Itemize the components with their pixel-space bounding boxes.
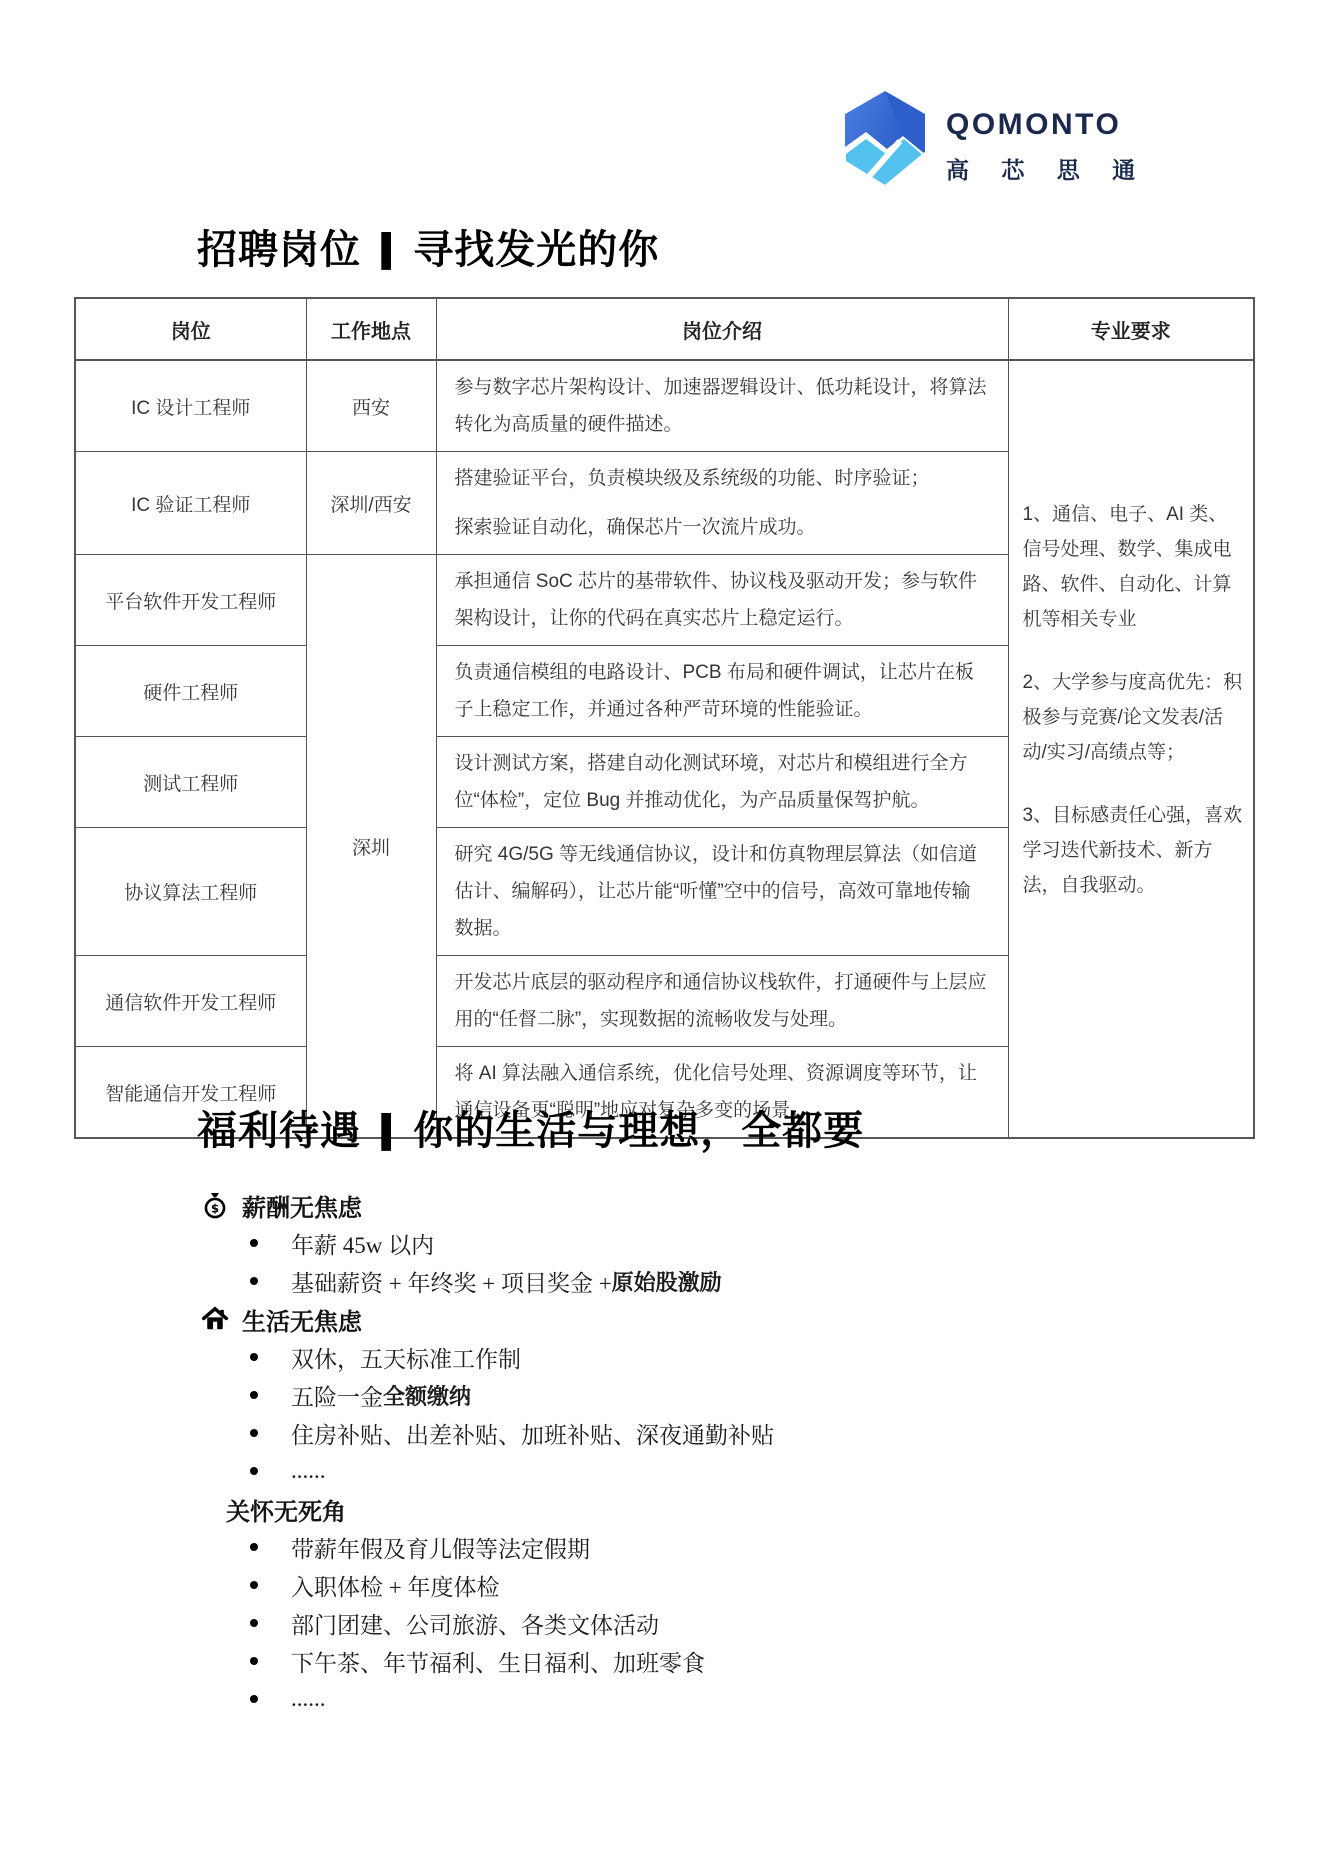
svg-text:$: $ (211, 1202, 219, 1216)
jobs-table: 岗位 工作地点 岗位介绍 专业要求 IC 设计工程师西安参与数字芯片架构设计、加… (74, 297, 1255, 1139)
job-description-cell: 参与数字芯片架构设计、加速器逻辑设计、低功耗设计，将算法转化为高质量的硬件描述。 (436, 360, 1008, 452)
benefits-section-title: 福利待遇|你的生活与理想，全都要 (197, 1099, 864, 1156)
jobs-title-right: 寻找发光的你 (413, 227, 659, 272)
benefit-text: 基础薪资 + 年终奖 + 项目奖金 + (291, 1265, 612, 1298)
job-position-cell: 硬件工程师 (75, 646, 306, 737)
job-location-cell: 西安 (306, 360, 436, 452)
money-bag-icon: $ (200, 1190, 230, 1220)
logo-brand-name-cn: 高 芯 思 通 (946, 152, 1148, 185)
job-position-cell: 平台软件开发工程师 (75, 555, 306, 646)
col-header-requirements: 专业要求 (1008, 298, 1254, 360)
bullet-dot (250, 1619, 258, 1627)
benefits-list: $薪酬无焦虑年薪 45w 以内基础薪资 + 年终奖 + 项目奖金 + 原始股激励… (0, 1186, 1323, 1718)
bullet-dot (250, 1581, 258, 1589)
job-description-line: 探索验证自动化，确保芯片一次流片成功。 (455, 509, 990, 546)
logo-text-block: QOMONTO 高 芯 思 通 (946, 90, 1148, 185)
job-description-line: 负责通信模组的电路设计、PCB 布局和硬件调试，让芯片在板子上稳定工作，并通过各… (455, 654, 990, 728)
benefit-group-heading: 关怀无死角 (226, 1490, 1323, 1528)
benefit-text: ...... (291, 1458, 326, 1484)
bullet-dot (250, 1277, 258, 1285)
job-description-line: 设计测试方案，搭建自动化测试环境，对芯片和模组进行全方位“体检”，定位 Bug … (455, 745, 990, 819)
benefit-list-item: 住房补贴、出差补贴、加班补贴、深夜通勤补贴 (250, 1414, 1323, 1452)
job-description-cell: 承担通信 SoC 芯片的基带软件、协议栈及驱动开发；参与软件架构设计，让你的代码… (436, 555, 1008, 646)
job-description-line: 承担通信 SoC 芯片的基带软件、协议栈及驱动开发；参与软件架构设计，让你的代码… (455, 563, 990, 637)
benefit-list-item: 双休，五天标准工作制 (250, 1338, 1323, 1376)
job-description-line: 研究 4G/5G 等无线通信协议，设计和仿真物理层算法（如信道估计、编解码），让… (455, 836, 990, 947)
benefit-text: 双休，五天标准工作制 (291, 1341, 521, 1374)
benefit-list-item: 五险一金全额缴纳 (250, 1376, 1323, 1414)
bullet-dot (250, 1543, 258, 1551)
recruitment-flyer-page: QOMONTO 高 芯 思 通 招聘岗位|寻找发光的你 岗位 工作地点 岗位介绍… (0, 0, 1323, 1871)
jobs-table-body: IC 设计工程师西安参与数字芯片架构设计、加速器逻辑设计、低功耗设计，将算法转化… (75, 360, 1254, 1138)
jobs-title-left: 招聘岗位 (197, 227, 361, 272)
benefit-list-item: ...... (250, 1452, 1323, 1490)
bullet-dot (250, 1467, 258, 1475)
benefit-text: 住房补贴、出差补贴、加班补贴、深夜通勤补贴 (291, 1417, 774, 1450)
benefit-text-bold: 原始股激励 (612, 1266, 722, 1297)
benefit-text: 下午茶、年节福利、生日福利、加班零食 (291, 1645, 705, 1678)
benefit-text: 年薪 45w 以内 (291, 1227, 434, 1260)
col-header-description: 岗位介绍 (436, 298, 1008, 360)
benefit-list-item: 基础薪资 + 年终奖 + 项目奖金 + 原始股激励 (250, 1262, 1323, 1300)
benefit-group-title: 生活无焦虑 (242, 1302, 362, 1337)
benefits-title-right: 你的生活与理想，全都要 (413, 1108, 864, 1153)
benefit-list-item: 部门团建、公司旅游、各类文体活动 (250, 1604, 1323, 1642)
bullet-dot (250, 1429, 258, 1437)
job-description-cell: 负责通信模组的电路设计、PCB 布局和硬件调试，让芯片在板子上稳定工作，并通过各… (436, 646, 1008, 737)
job-description-cell: 搭建验证平台，负责模块级及系统级的功能、时序验证；探索验证自动化，确保芯片一次流… (436, 452, 1008, 555)
benefit-list-item: 下午茶、年节福利、生日福利、加班零食 (250, 1642, 1323, 1680)
jobs-section-title: 招聘岗位|寻找发光的你 (197, 218, 659, 275)
job-location-cell: 深圳/西安 (306, 452, 436, 555)
job-position-cell: IC 验证工程师 (75, 452, 306, 555)
bullet-dot (250, 1353, 258, 1361)
requirement-item: 2、大学参与度高优先：积极参与竞赛/论文发表/活动/实习/高绩点等； (1023, 665, 1244, 770)
job-description-cell: 开发芯片底层的驱动程序和通信协议栈软件，打通硬件与上层应用的“任督二脉”，实现数… (436, 956, 1008, 1047)
benefit-list-item: 入职体检 + 年度体检 (250, 1566, 1323, 1604)
job-description-line: 搭建验证平台，负责模块级及系统级的功能、时序验证； (455, 460, 990, 497)
company-logo: QOMONTO 高 芯 思 通 (840, 90, 1148, 191)
benefit-list-item: 带薪年假及育儿假等法定假期 (250, 1528, 1323, 1566)
benefit-group-heading: $薪酬无焦虑 (200, 1186, 1323, 1224)
benefit-list-item: 年薪 45w 以内 (250, 1224, 1323, 1262)
job-position-cell: 通信软件开发工程师 (75, 956, 306, 1047)
col-header-position: 岗位 (75, 298, 306, 360)
bullet-dot (250, 1239, 258, 1247)
job-description-line: 开发芯片底层的驱动程序和通信协议栈软件，打通硬件与上层应用的“任督二脉”，实现数… (455, 964, 990, 1038)
logo-hexagon-mountain-icon (840, 90, 930, 191)
title-separator: | (376, 226, 399, 271)
bullet-dot (250, 1391, 258, 1399)
title-separator: | (376, 1107, 399, 1152)
job-description-cell: 研究 4G/5G 等无线通信协议，设计和仿真物理层算法（如信道估计、编解码），让… (436, 828, 1008, 956)
job-description-line: 参与数字芯片架构设计、加速器逻辑设计、低功耗设计，将算法转化为高质量的硬件描述。 (455, 369, 990, 443)
job-position-cell: 协议算法工程师 (75, 828, 306, 956)
job-description-cell: 设计测试方案，搭建自动化测试环境，对芯片和模组进行全方位“体检”，定位 Bug … (436, 737, 1008, 828)
benefit-text: ...... (291, 1686, 326, 1712)
job-position-cell: IC 设计工程师 (75, 360, 306, 452)
benefit-text-bold: 全额缴纳 (383, 1380, 471, 1411)
col-header-location: 工作地点 (306, 298, 436, 360)
benefit-text: 入职体检 + 年度体检 (291, 1569, 499, 1602)
table-row: IC 设计工程师西安参与数字芯片架构设计、加速器逻辑设计、低功耗设计，将算法转化… (75, 360, 1254, 452)
table-header-row: 岗位 工作地点 岗位介绍 专业要求 (75, 298, 1254, 360)
benefit-list-item: ...... (250, 1680, 1323, 1718)
bullet-dot (250, 1657, 258, 1665)
house-icon (200, 1304, 230, 1334)
bullet-dot (250, 1695, 258, 1703)
benefit-text: 带薪年假及育儿假等法定假期 (291, 1531, 590, 1564)
job-location-cell-merged: 深圳 (306, 555, 436, 1139)
benefit-group-title: 关怀无死角 (226, 1492, 346, 1527)
benefit-text: 五险一金 (291, 1379, 383, 1412)
benefit-group-title: 薪酬无焦虑 (242, 1188, 362, 1223)
job-position-cell: 测试工程师 (75, 737, 306, 828)
requirement-item: 1、通信、电子、AI 类、信号处理、数学、集成电路、软件、自动化、计算机等相关专… (1023, 497, 1244, 637)
benefit-text: 部门团建、公司旅游、各类文体活动 (291, 1607, 659, 1640)
logo-brand-name: QOMONTO (946, 110, 1148, 140)
requirement-item: 3、目标感责任心强，喜欢学习迭代新技术、新方法，自我驱动。 (1023, 798, 1244, 903)
requirements-cell-merged: 1、通信、电子、AI 类、信号处理、数学、集成电路、软件、自动化、计算机等相关专… (1008, 360, 1254, 1138)
benefits-title-left: 福利待遇 (197, 1108, 361, 1153)
benefit-group-heading: 生活无焦虑 (200, 1300, 1323, 1338)
